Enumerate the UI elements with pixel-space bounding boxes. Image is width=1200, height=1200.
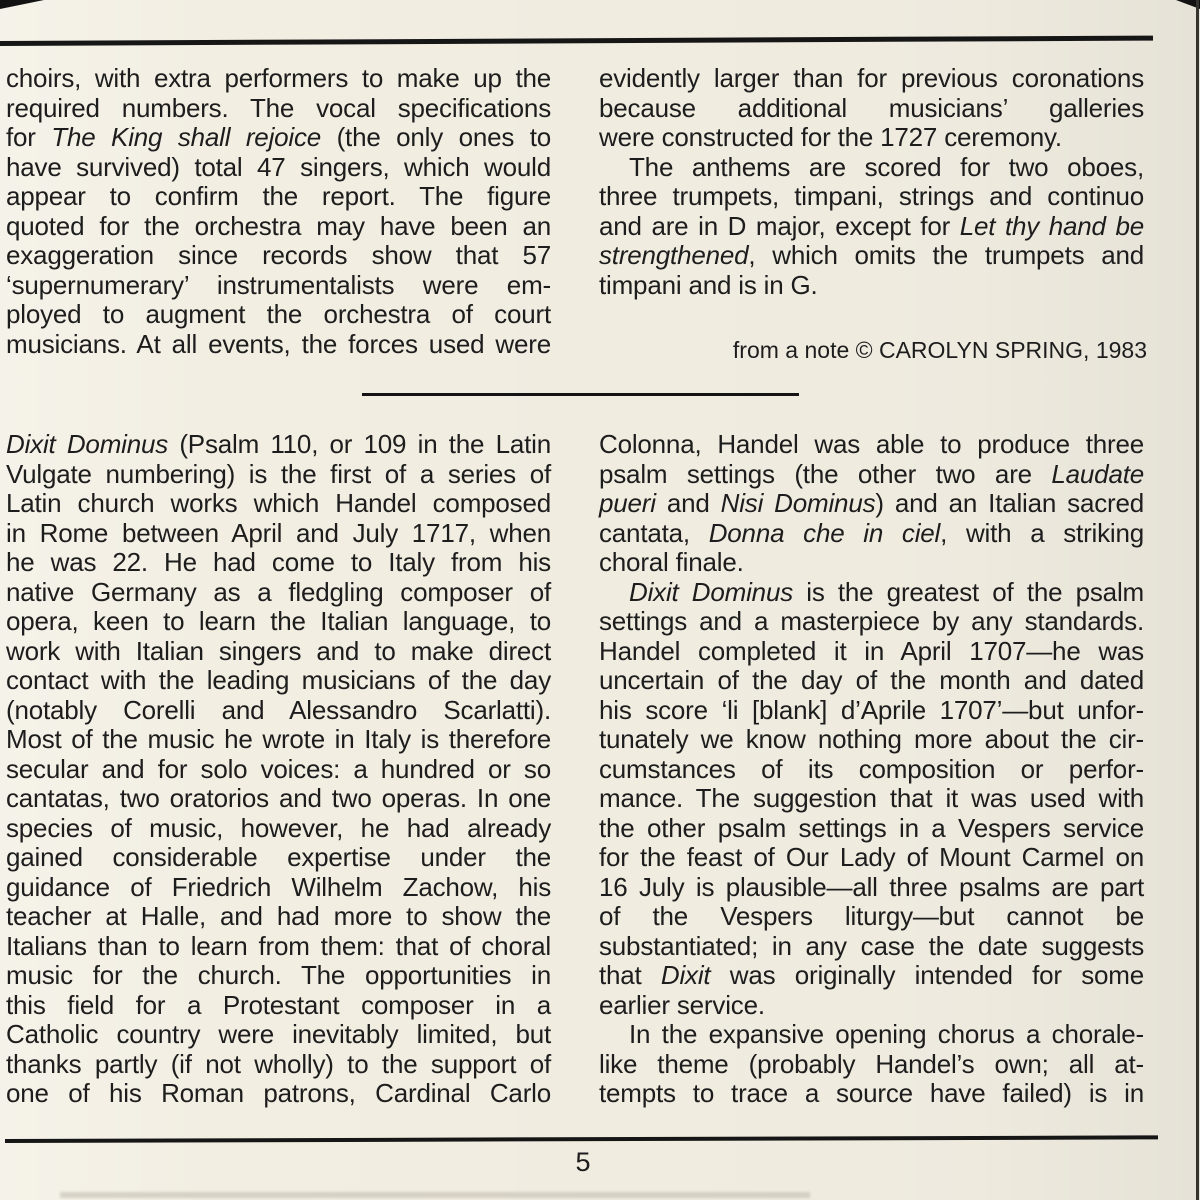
text-line: native Germany as a fledgling composer o… <box>6 578 551 608</box>
text-line: guidance of Friedrich Wilhelm Zachow, hi… <box>6 873 551 903</box>
text-line: mance. The suggestion that it was used w… <box>599 784 1144 814</box>
page-number: 5 <box>0 1147 1166 1177</box>
text-line: Dixit Dominus (Psalm 110, or 109 in the … <box>6 430 551 460</box>
text-line: cumstances of its composition or perfor- <box>599 755 1144 785</box>
horizontal-rule-top <box>0 36 1153 46</box>
text-line: Vulgate numbering) is the first of a ser… <box>6 460 551 490</box>
scan-artifact-top-left <box>0 0 44 9</box>
section-dixit-left-column: Dixit Dominus (Psalm 110, or 109 in the … <box>6 430 551 1109</box>
text-line: cantata, Donna che in ciel, with a strik… <box>599 519 1144 549</box>
text-line: earlier service. <box>599 991 1144 1021</box>
text-line: three trumpets, timpani, strings and con… <box>599 182 1144 212</box>
text-line: choral finale. <box>599 548 1144 578</box>
horizontal-rule-bottom <box>5 1135 1158 1143</box>
text-line: In the expansive opening chorus a choral… <box>599 1020 1144 1050</box>
text-line: settings and a masterpiece by any standa… <box>599 607 1144 637</box>
text-line: contact with the leading musicians of th… <box>6 666 551 696</box>
text-line: substantiated; in any case the date sugg… <box>599 932 1144 962</box>
section-anthems-left-column: choirs, with extra performers to make up… <box>6 64 551 359</box>
text-line: pueri and Nisi Dominus) and an Italian s… <box>599 489 1144 519</box>
text-line: tempts to trace a source have failed) is… <box>599 1079 1144 1109</box>
text-line: were constructed for the 1727 ceremony. <box>599 123 1144 153</box>
text-line: tunately we know nothing more about the … <box>599 725 1144 755</box>
text-line: have survived) total 47 singers, which w… <box>6 153 551 183</box>
text-line: cantatas, two oratorios and two operas. … <box>6 784 551 814</box>
text-line: for the feast of Our Lady of Mount Carme… <box>599 843 1144 873</box>
text-line: for The King shall rejoice (the only one… <box>6 123 551 153</box>
text-line: teacher at Halle, and had more to show t… <box>6 902 551 932</box>
attribution-line: from a note © CAROLYN SPRING, 1983 <box>599 336 1147 364</box>
text-line: because additional musicians’ galleries <box>599 94 1144 124</box>
text-line: timpani and is in G. <box>599 271 1144 301</box>
text-line: and are in D major, except for Let thy h… <box>599 212 1144 242</box>
text-line: music for the church. The opportunities … <box>6 961 551 991</box>
text-line: this field for a Protestant composer in … <box>6 991 551 1021</box>
text-line: Handel completed it in April 1707—he was <box>599 637 1144 667</box>
text-line: musicians. At all events, the forces use… <box>6 330 551 360</box>
text-line: like theme (probably Handel’s own; all a… <box>599 1050 1144 1080</box>
text-line: he was 22. He had come to Italy from his <box>6 548 551 578</box>
scan-edge-right <box>1196 0 1199 1200</box>
text-line: choirs, with extra performers to make up… <box>6 64 551 94</box>
text-line: Most of the music he wrote in Italy is t… <box>6 725 551 755</box>
text-line: gained considerable expertise under the <box>6 843 551 873</box>
text-line: opera, keen to learn the Italian languag… <box>6 607 551 637</box>
text-line: that Dixit was originally intended for s… <box>599 961 1144 991</box>
text-line: Colonna, Handel was able to produce thre… <box>599 430 1144 460</box>
text-line: work with Italian singers and to make di… <box>6 637 551 667</box>
text-line: thanks partly (if not wholly) to the sup… <box>6 1050 551 1080</box>
text-line: the other psalm settings in a Vespers se… <box>599 814 1144 844</box>
scan-artifact-bottom <box>60 1192 810 1198</box>
text-line: one of his Roman patrons, Cardinal Carlo <box>6 1079 551 1109</box>
text-line: ‘supernumerary’ instrumentalists were em… <box>6 271 551 301</box>
text-line: strengthened, which omits the trumpets a… <box>599 241 1144 271</box>
section-anthems-right-column: evidently larger than for previous coron… <box>599 64 1144 300</box>
text-line: evidently larger than for previous coron… <box>599 64 1144 94</box>
text-line: species of music, however, he had alread… <box>6 814 551 844</box>
text-line: The anthems are scored for two oboes, <box>599 153 1144 183</box>
text-line: 16 July is plausible—all three psalms ar… <box>599 873 1144 903</box>
text-line: in Rome between April and July 1717, whe… <box>6 519 551 549</box>
text-line: secular and for solo voices: a hundred o… <box>6 755 551 785</box>
text-line: Italians than to learn from them: that o… <box>6 932 551 962</box>
text-line: psalm settings (the other two are Laudat… <box>599 460 1144 490</box>
text-line: Latin church works which Handel composed <box>6 489 551 519</box>
text-line: ployed to augment the orchestra of court <box>6 300 551 330</box>
text-line: quoted for the orchestra may have been a… <box>6 212 551 242</box>
section-dixit-right-column: Colonna, Handel was able to produce thre… <box>599 430 1144 1109</box>
text-line: appear to confirm the report. The figure <box>6 182 551 212</box>
section-divider-rule <box>362 393 799 396</box>
text-line: Dixit Dominus is the greatest of the psa… <box>599 578 1144 608</box>
text-line: of the Vespers liturgy—but cannot be <box>599 902 1144 932</box>
liner-notes-page: choirs, with extra performers to make up… <box>0 0 1200 1200</box>
text-line: uncertain of the day of the month and da… <box>599 666 1144 696</box>
text-line: his score ‘li [blank] d’Aprile 1707’—but… <box>599 696 1144 726</box>
text-line: exaggeration since records show that 57 <box>6 241 551 271</box>
text-line: (notably Corelli and Alessandro Scarlatt… <box>6 696 551 726</box>
text-line: required numbers. The vocal specificatio… <box>6 94 551 124</box>
text-line: Catholic country were inevitably limited… <box>6 1020 551 1050</box>
